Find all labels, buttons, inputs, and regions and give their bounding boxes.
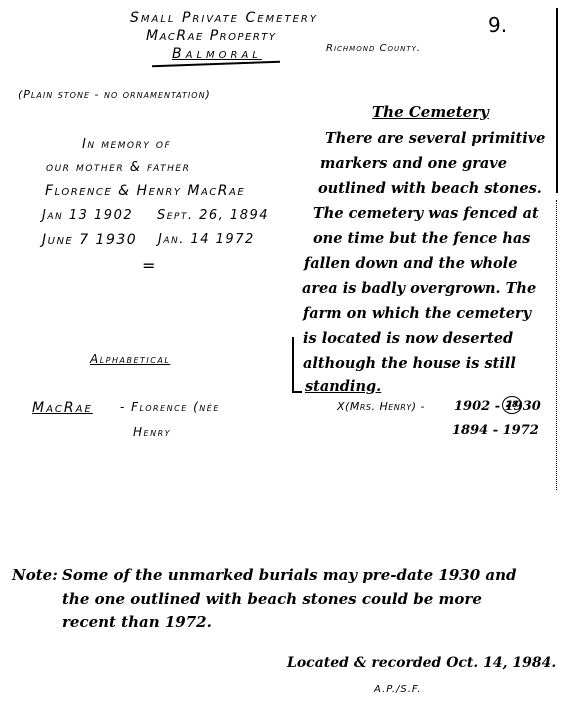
entry-spouse-note: X(Mrs. Henry) -	[337, 400, 425, 413]
florence-birth-date: Jan 13 1902	[42, 208, 133, 223]
florence-death-date: June 7 1930	[42, 232, 137, 248]
scan-edge-dots	[556, 200, 557, 490]
henry-death-date: Jan. 14 1972	[158, 232, 255, 247]
inscription-names: Florence & Henry MacRae	[45, 183, 245, 199]
title-line-2: MacRae Property	[146, 28, 277, 44]
alphabetical-heading: Alphabetical	[90, 352, 170, 366]
stone-description: (Plain stone - no ornamentation)	[18, 88, 211, 101]
recorder-initials: A.P./S.F.	[374, 684, 422, 695]
description-line: The cemetery was fenced at	[313, 205, 539, 222]
inscription-separator: =	[142, 256, 155, 275]
title-line-3: Balmoral	[172, 46, 262, 62]
description-line: is located is now deserted	[303, 330, 513, 347]
note-label: Note:	[12, 566, 58, 584]
description-line: There are several primitive	[325, 130, 545, 147]
margin-bracket	[292, 337, 294, 391]
entry-dates-florence: 1902 - 1930	[454, 399, 541, 414]
cemetery-heading: The Cemetery	[372, 103, 489, 121]
description-line: area is badly overgrown. The	[302, 280, 536, 297]
description-line: fallen down and the whole	[304, 255, 517, 272]
inscription-line-1: In memory of	[82, 137, 171, 152]
page-number: 9.	[488, 13, 507, 37]
inscription-line-2: our mother & father	[46, 160, 190, 175]
scan-edge-line	[556, 8, 558, 193]
margin-bracket-foot	[292, 391, 302, 393]
recorded-statement: Located & recorded Oct. 14, 1984.	[287, 655, 556, 671]
description-line: although the house is still	[303, 355, 516, 372]
entry-maiden-name: Henry	[133, 425, 171, 439]
henry-birth-date: Sept. 26, 1894	[157, 208, 269, 223]
entry-dates-henry: 1894 - 1972	[452, 423, 539, 438]
entry-given-name: - Florence (née	[120, 400, 220, 414]
description-line: markers and one grave	[320, 155, 507, 172]
county-label: Richmond County.	[326, 43, 421, 54]
description-line: one time but the fence has	[313, 230, 530, 247]
entry-surname: MacRae	[32, 400, 93, 416]
description-line: farm on which the cemetery	[303, 305, 531, 322]
note-line: the one outlined with beach stones could…	[62, 590, 482, 608]
note-line: Some of the unmarked burials may pre-dat…	[62, 566, 516, 584]
age-badge: 28	[502, 396, 522, 414]
title-line-1: Small Private Cemetery	[130, 10, 318, 26]
description-line: standing.	[305, 378, 381, 395]
description-line: outlined with beach stones.	[318, 180, 542, 197]
note-line: recent than 1972.	[62, 613, 212, 631]
